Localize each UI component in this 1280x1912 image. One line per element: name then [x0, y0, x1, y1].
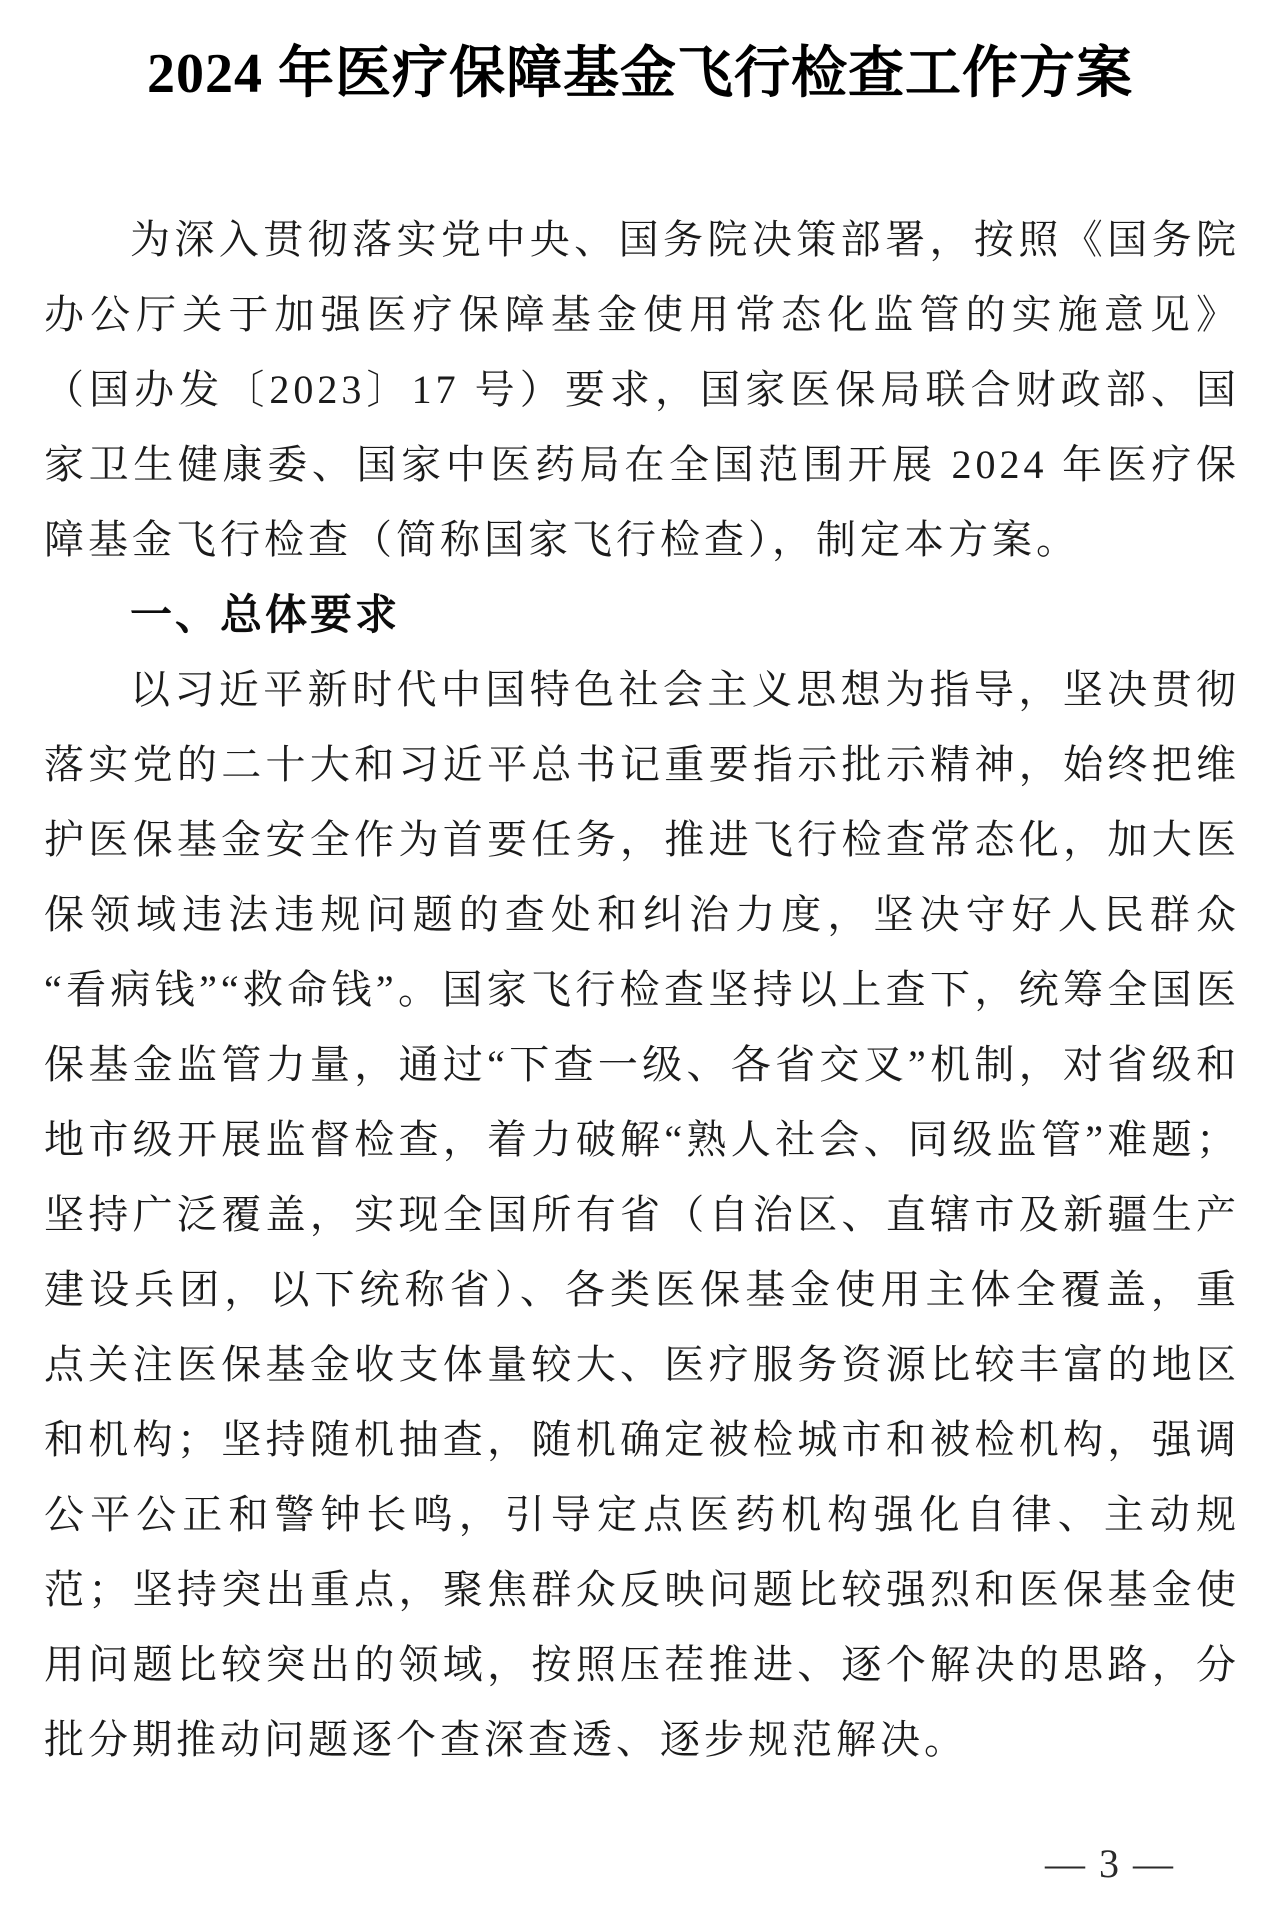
document-body: 为深入贯彻落实党中央、国务院决策部署，按照《国务院办公厅关于加强医疗保障基金使用…: [44, 202, 1240, 1777]
section1-body-paragraph: 以习近平新时代中国特色社会主义思想为指导，坚决贯彻落实党的二十大和习近平总书记重…: [44, 652, 1240, 1777]
document-page: 2024 年医疗保障基金飞行检查工作方案 为深入贯彻落实党中央、国务院决策部署，…: [0, 0, 1280, 1912]
page-number: — 3 —: [1000, 1840, 1220, 1888]
section-heading-overall-requirements: 一、总体要求: [44, 577, 1240, 652]
document-title: 2024 年医疗保障基金飞行检查工作方案: [0, 38, 1280, 110]
intro-paragraph: 为深入贯彻落实党中央、国务院决策部署，按照《国务院办公厅关于加强医疗保障基金使用…: [44, 202, 1240, 577]
